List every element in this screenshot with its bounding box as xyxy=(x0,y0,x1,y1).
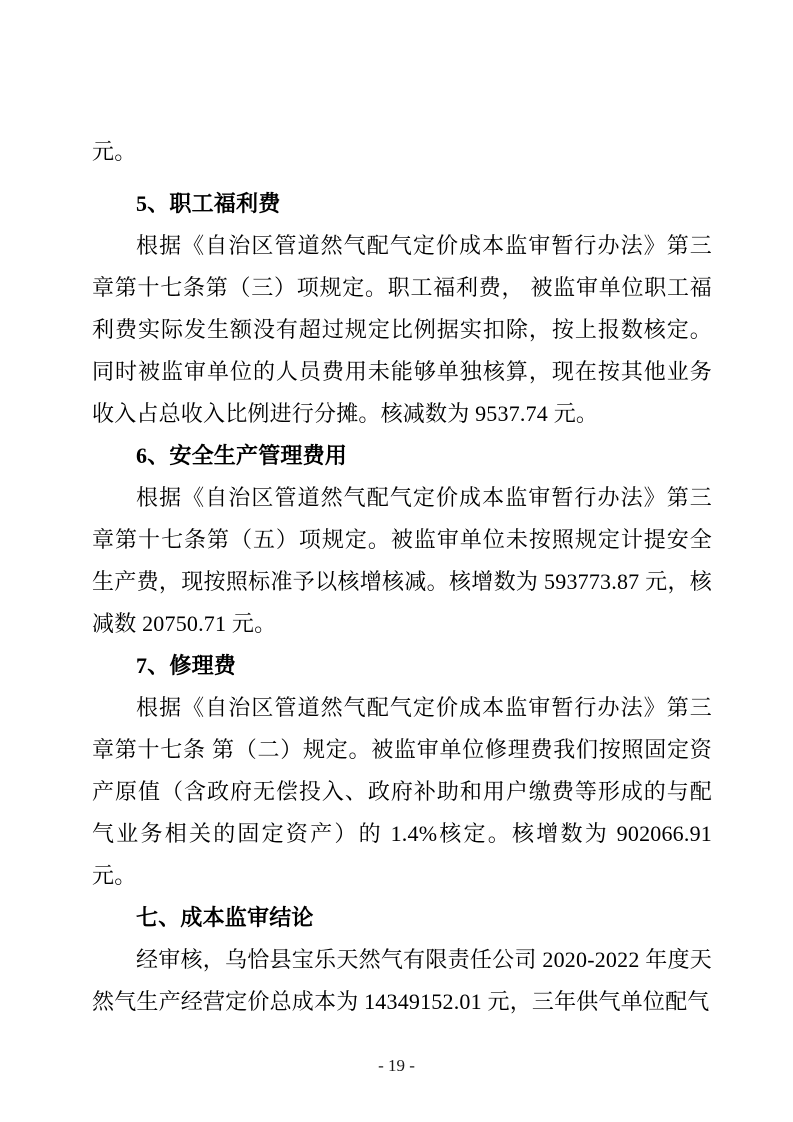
document-body: 元。 5、职工福利费 根据《自治区管道然气配气定价成本监审暂行办法》第三章第十七… xyxy=(92,131,712,1023)
section-heading-repair-fee: 7、修理费 xyxy=(92,645,712,687)
document-page: 元。 5、职工福利费 根据《自治区管道然气配气定价成本监审暂行办法》第三章第十七… xyxy=(0,0,793,1122)
section-heading-staff-welfare-fee: 5、职工福利费 xyxy=(92,183,712,225)
section-heading-audit-conclusion: 七、成本监审结论 xyxy=(92,897,712,939)
section-paragraph-audit-conclusion: 经审核，乌恰县宝乐天然气有限责任公司 2020-2022 年度天然气生产经营定价… xyxy=(92,939,712,1023)
section-heading-safety-production-fee: 6、安全生产管理费用 xyxy=(92,435,712,477)
paragraph-continuation: 元。 xyxy=(92,131,712,173)
section-paragraph-safety-production-fee: 根据《自治区管道然气配气定价成本监审暂行办法》第三章第十七条第（五）项规定。被监… xyxy=(92,477,712,645)
section-paragraph-repair-fee: 根据《自治区管道然气配气定价成本监审暂行办法》第三章第十七条 第（二）规定。被监… xyxy=(92,687,712,897)
page-number: - 19 - xyxy=(0,1056,793,1076)
section-paragraph-staff-welfare-fee: 根据《自治区管道然气配气定价成本监审暂行办法》第三章第十七条第（三）项规定。职工… xyxy=(92,225,712,435)
